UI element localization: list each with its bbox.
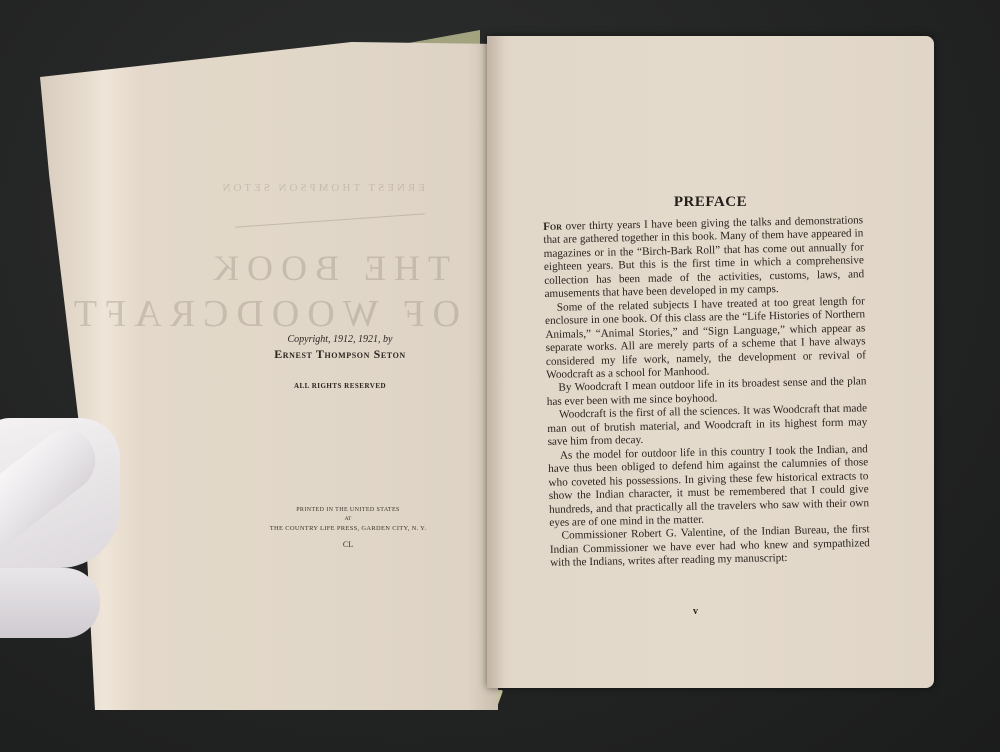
page-number: v (693, 606, 698, 617)
white-gloved-hand (0, 398, 170, 648)
preface-paragraph: For over thirty years I have been giving… (543, 214, 865, 301)
printer-press: THE COUNTRY LIFE PRESS, GARDEN CITY, N. … (188, 524, 508, 534)
preface-paragraph: As the model for outdoor life in this co… (548, 443, 870, 530)
printed-at: AT (188, 515, 508, 524)
right-page-preface: PREFACE For over thirty years I have bee… (487, 36, 934, 688)
copyright-line: Copyright, 1912, 1921, by (190, 334, 490, 345)
gutter-shadow (487, 36, 505, 688)
glove-finger (0, 568, 100, 638)
copyright-block: Copyright, 1912, 1921, by Ernest Thompso… (190, 334, 490, 390)
paragraph-text: over thirty years I have been giving the… (543, 214, 864, 300)
preface-paragraph: Woodcraft is the first of all the scienc… (547, 403, 868, 450)
rights-reserved: ALL RIGHTS RESERVED (190, 382, 490, 390)
printed-in: PRINTED IN THE UNITED STATES (188, 506, 508, 515)
preface-paragraph: Commissioner Robert G. Valentine, of the… (549, 524, 870, 571)
bleed-through-title-1: THE BOOK (210, 247, 450, 289)
preface-paragraph: Some of the related subjects I have trea… (545, 295, 867, 382)
bleed-through-author: ERNEST THOMPSON SETON (225, 182, 425, 194)
drop-lead: For (543, 221, 562, 233)
author-name: Ernest Thompson Seton (190, 347, 490, 362)
photo-scene: ERNEST THOMPSON SETON THE BOOK OF WOODCR… (0, 0, 1000, 752)
bleed-through-rule (235, 213, 425, 227)
bleed-through-title-2: OF WOODCRAFT (190, 292, 460, 336)
printer-block: PRINTED IN THE UNITED STATES AT THE COUN… (188, 506, 508, 549)
printer-code: CL (188, 540, 508, 549)
preface-title: PREFACE (487, 194, 934, 211)
preface-body: For over thirty years I have been giving… (543, 214, 870, 570)
